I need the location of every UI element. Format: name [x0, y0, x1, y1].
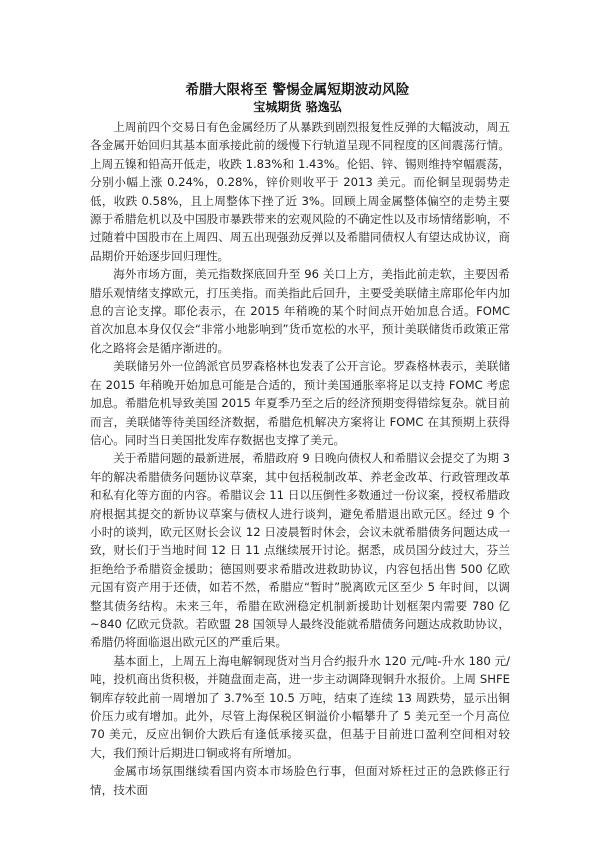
document-title: 希腊大限将至 警惕金属短期波动风险	[0, 78, 595, 98]
paragraph: 金属市场氛围继续看国内资本市场脸色行事，但面对矫枉过正的急跌修正行情，技术面	[90, 762, 510, 799]
document-author: 宝城期货 骆逸弘	[0, 98, 595, 115]
paragraph: 上周前四个交易日有色金属经历了从暴跌到剧烈报复性反弹的大幅波动，周五各金属开始回…	[90, 118, 510, 265]
paragraph: 美联储另外一位鸽派官员罗森格林也发表了公开言论。罗森格林表示，美联储在 2015…	[90, 357, 510, 449]
document-body: 上周前四个交易日有色金属经历了从暴跌到剧烈报复性反弹的大幅波动，周五各金属开始回…	[90, 118, 510, 799]
paragraph: 基本面上，上周五上海电解铜现货对当月合约报升水 120 元/吨-升水 180 元…	[90, 652, 510, 762]
document-page: 希腊大限将至 警惕金属短期波动风险 宝城期货 骆逸弘 上周前四个交易日有色金属经…	[0, 0, 595, 842]
paragraph: 关于希腊问题的最新进展，希腊政府 9 日晚向债权人和希腊议会提交了为期 3 年的…	[90, 449, 510, 651]
paragraph: 海外市场方面，美元指数探底回升至 96 关口上方，美指此前走软，主要因希腊乐观情…	[90, 265, 510, 357]
